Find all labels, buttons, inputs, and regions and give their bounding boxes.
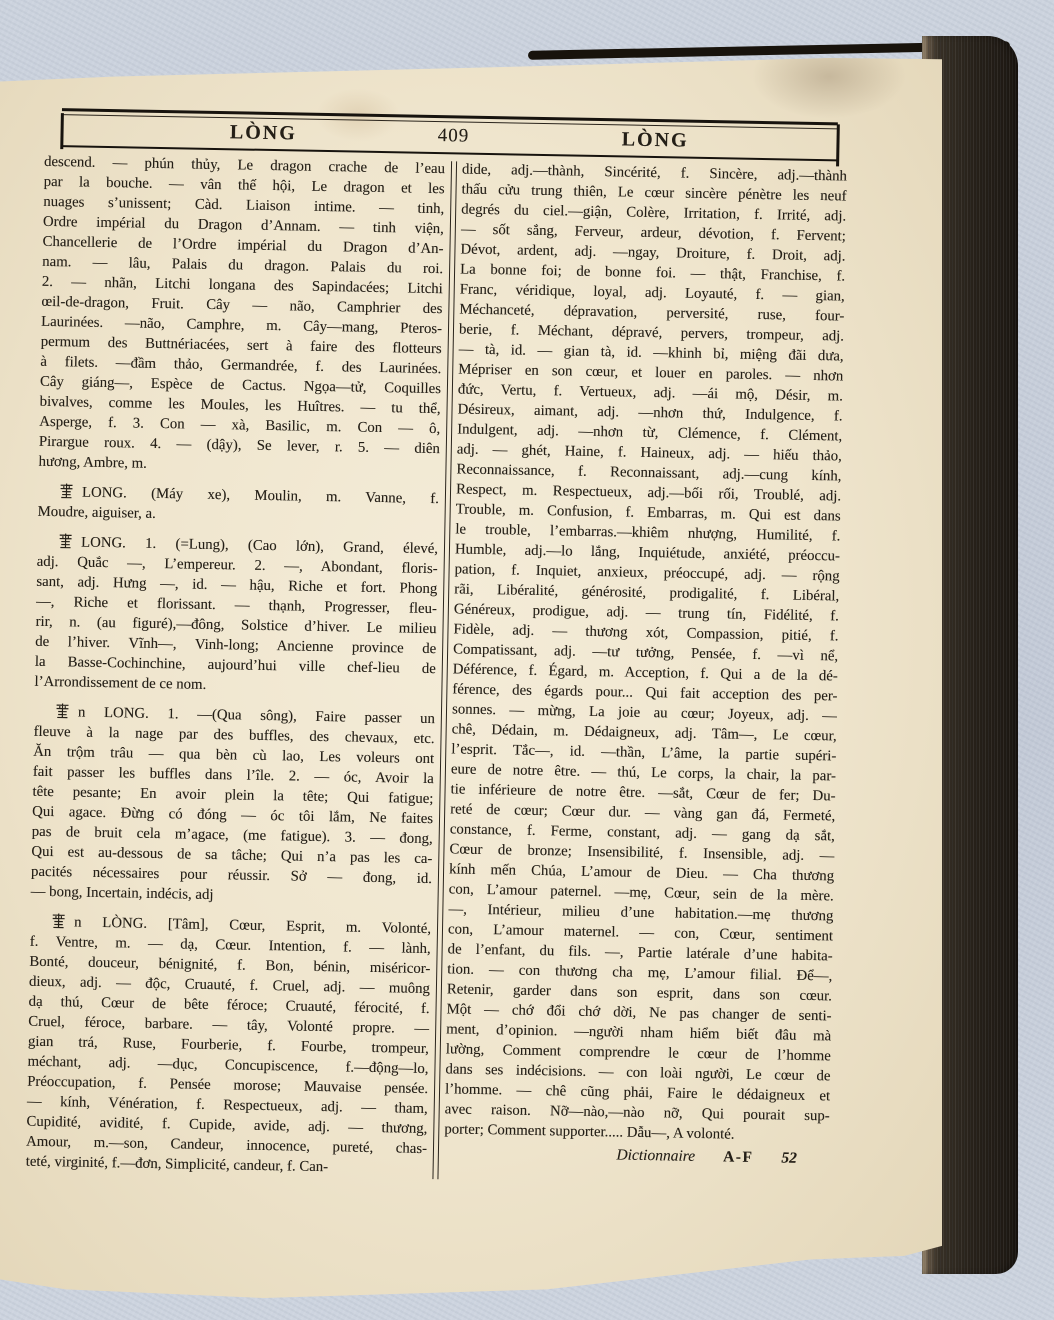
paragraph: LONG. 1. (=Lung), (Cao lớn), Grand, élev… [34, 532, 438, 699]
right-column: dide, adj.—thành, Sincérité, f. Sincère,… [443, 159, 847, 1186]
footer-work-title: Dictionnaire [616, 1146, 695, 1165]
paragraph: n LÒNG. [Tâm], Cœur, Esprit, m. Volonté,… [26, 912, 432, 1179]
book-photo: LÒNG 409 LÒNG descend. — phún thủy, Le d… [0, 0, 1054, 1320]
paragraph: n LONG. 1. —(Qua sông), Faire passer unf… [30, 702, 435, 909]
header-catchword-left: LÒNG [230, 121, 297, 145]
hanzi-icon [50, 912, 67, 932]
footer-signature-number: 52 [781, 1150, 797, 1168]
paragraph: descend. — phún thủy, Le dragon crache d… [38, 152, 445, 479]
hanzi-icon [57, 532, 74, 552]
paragraph: LONG. (Máy xe), Moulin, m. Vanne, f.Moud… [37, 482, 439, 529]
right-column-lines: dide, adj.—thành, Sincérité, f. Sincère,… [444, 159, 847, 1146]
paragraph: dide, adj.—thành, Sincérité, f. Sincère,… [444, 159, 847, 1146]
left-column: descend. — phún thủy, Le dragon crache d… [26, 152, 446, 1179]
header-page-number: 409 [437, 125, 469, 148]
footer-volume: A-F [723, 1148, 754, 1167]
header-catchword-right: LÒNG [621, 128, 688, 152]
page-footer: Dictionnaire A-F 52 [444, 1143, 829, 1168]
hanzi-icon [54, 702, 71, 722]
hanzi-icon [58, 482, 75, 502]
text-columns: descend. — phún thủy, Le dragon crache d… [26, 152, 848, 1187]
printed-area: LÒNG 409 LÒNG descend. — phún thủy, Le d… [23, 108, 848, 1187]
